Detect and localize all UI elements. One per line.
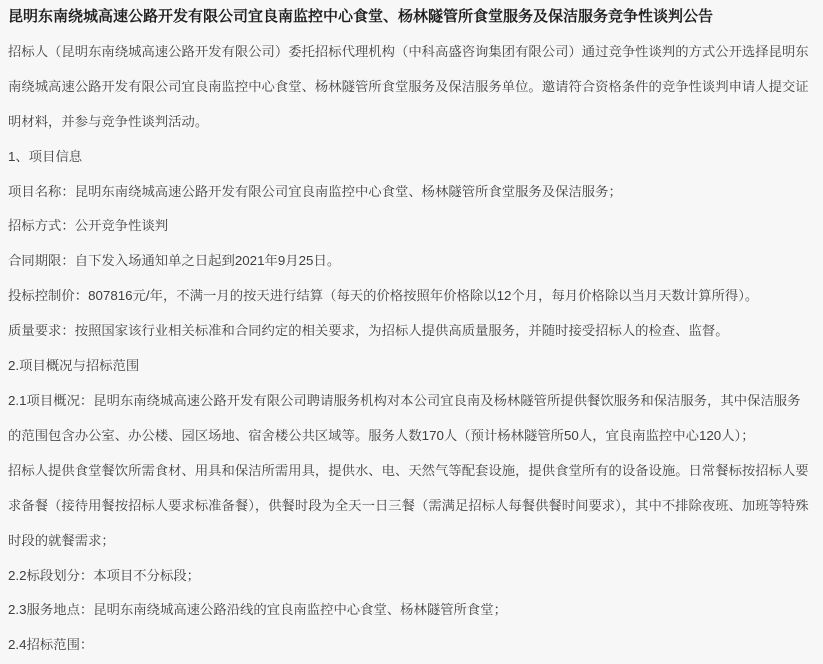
bidder-provisions-paragraph: 招标人提供食堂餐饮所需食材、用具和保洁所需用具，提供水、电、天然气等配套设施，提… [8, 454, 813, 559]
bidding-scope-heading: 2.4招标范围： [8, 628, 813, 663]
quality-requirements-line: 质量要求：按照国家该行业相关标准和合同约定的相关要求，为招标人提供高质量服务，并… [8, 314, 813, 349]
service-location-line: 2.3服务地点：昆明东南绕城高速公路沿线的宜良南监控中心食堂、杨林隧管所食堂； [8, 593, 813, 628]
section-1-heading: 1、项目信息 [8, 140, 813, 175]
intro-paragraph: 招标人（昆明东南绕城高速公路开发有限公司）委托招标代理机构（中科高盛咨询集团有限… [8, 35, 813, 140]
announcement-title: 昆明东南绕城高速公路开发有限公司宜良南监控中心食堂、杨林隧管所食堂服务及保洁服务… [8, 0, 813, 35]
contract-period-line: 合同期限：自下发入场通知单之日起到2021年9月25日。 [8, 244, 813, 279]
bidding-method-line: 招标方式：公开竞争性谈判 [8, 209, 813, 244]
project-overview-paragraph: 2.1项目概况：昆明东南绕城高速公路开发有限公司聘请服务机构对本公司宜良南及杨林… [8, 384, 813, 454]
section-2-heading: 2.项目概况与招标范围 [8, 349, 813, 384]
project-name-line: 项目名称：昆明东南绕城高速公路开发有限公司宜良南监控中心食堂、杨林隧管所食堂服务… [8, 175, 813, 210]
announcement-document: 昆明东南绕城高速公路开发有限公司宜良南监控中心食堂、杨林隧管所食堂服务及保洁服务… [0, 0, 823, 663]
bid-control-price-line: 投标控制价：807816元/年，不满一月的按天进行结算（每天的价格按照年价格除以… [8, 279, 813, 314]
section-division-line: 2.2标段划分：本项目不分标段； [8, 559, 813, 594]
